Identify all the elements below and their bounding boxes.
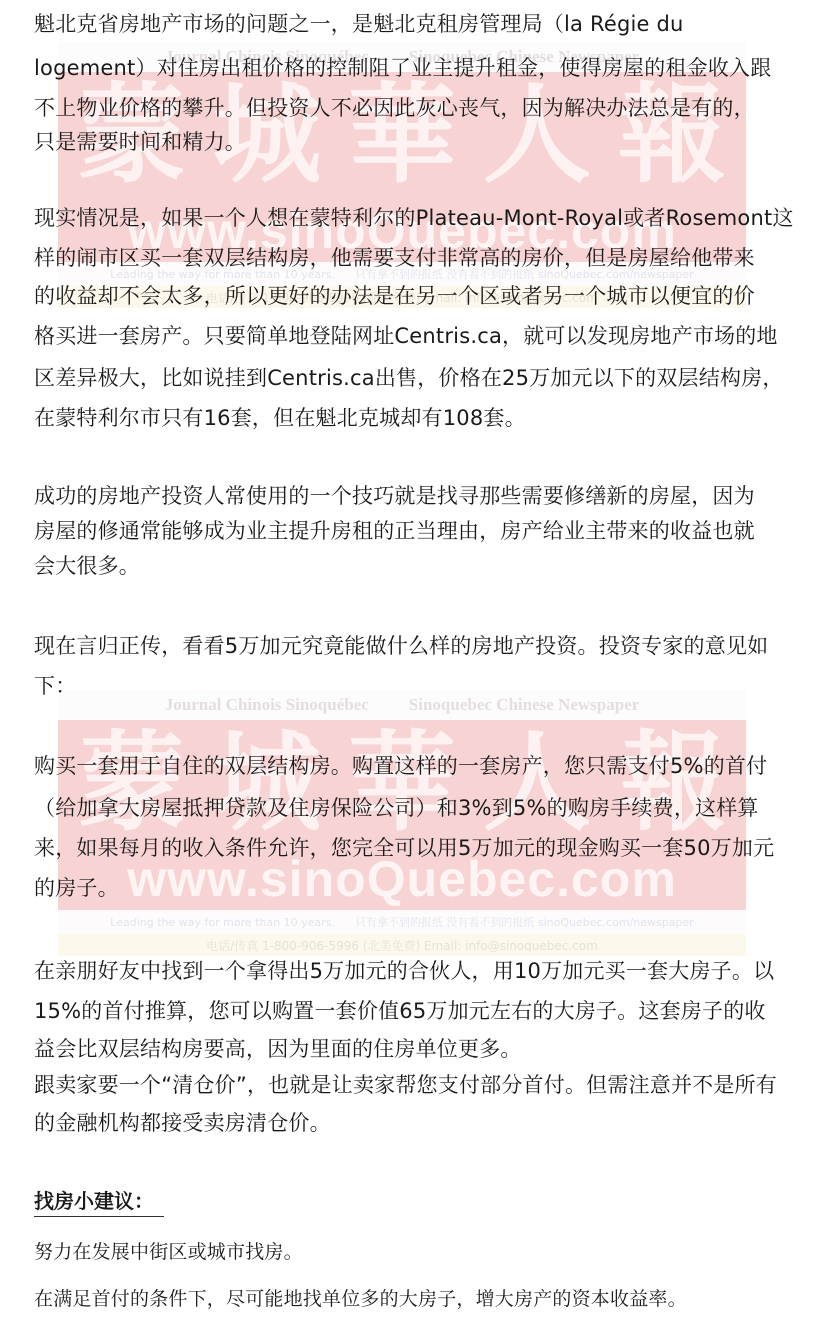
text-line: logement）对住房出租价格的控制阻了业主提升租金，使得房屋的租金收入跟 <box>34 52 771 82</box>
text-line: 现在言归正传，看看5万加元究竟能做什么样的房地产投资。投资专家的意见如 <box>34 630 768 660</box>
text-line: （给加拿大房屋抵押贷款及住房保险公司）和3%到5%的购房手续费，这样算 <box>34 792 759 822</box>
watermark-slogan: Leading the way for more than 10 years. … <box>58 910 746 934</box>
text-line: 益会比双层结构房要高，因为里面的住房单位更多。 <box>34 1033 522 1063</box>
text-line: 购买一套用于自住的双层结构房。购置这样的一套房产，您只需支付5%的首付 <box>34 750 767 780</box>
newspaper-watermark-bottom: Journal Chinois Sinoquébec Sinoquebec Ch… <box>58 690 746 956</box>
text-line: 成功的房地产投资人常使用的一个技巧就是找寻那些需要修缮新的房屋，因为 <box>34 480 755 510</box>
text-line: 下： <box>34 670 76 700</box>
text-line: 房屋的修通常能够成为业主提升房租的正当理由，房产给业主带来的收益也就 <box>34 515 755 545</box>
watermark-big-title: 蒙 城 華 人 報 <box>78 720 726 845</box>
text-line: 的收益却不会太多，所以更好的办法是在另一个区或者另一个城市以便宜的价 <box>34 280 755 310</box>
text-line: 15%的首付推算，您可以购置一套价值65万加元左右的大房子。这套房子的收 <box>34 995 766 1025</box>
text-line: 的房子。 <box>34 872 119 902</box>
text-line: 现实情况是，如果一个人想在蒙特利尔的Plateau-Mont-Royal或者Ro… <box>34 202 794 232</box>
text-line: 在蒙特利尔市只有16套，但在魁北克城却有108套。 <box>34 402 526 432</box>
watermark-journal-fr: Journal Chinois Sinoquébec <box>165 695 369 715</box>
text-line: 格买进一套房产。只要简单地登陆网址Centris.ca，就可以发现房地产市场的地 <box>34 320 778 350</box>
watermark-contact: 电话/传真 1-800-906-5996 (北美免费) Email: info@… <box>58 934 746 956</box>
text-line: 在亲朋好友中找到一个拿得出5万加元的合伙人，用10万加元买一套大房子。以 <box>34 955 774 985</box>
tip-item: 在满足首付的条件下，尽可能地找单位多的大房子，增大房产的资本收益率。 <box>34 1284 687 1311</box>
watermark-slogan-en: Leading the way for more than 10 years. <box>110 916 335 929</box>
text-line: 跟卖家要一个“清仓价”，也就是让卖家帮您支付部分首付。但需注意并不是所有 <box>34 1069 777 1099</box>
watermark-masthead: Journal Chinois Sinoquébec Sinoquebec Ch… <box>58 690 746 720</box>
tip-item: 努力在发展中街区或城市找房。 <box>34 1237 303 1264</box>
watermark-journal-en: Sinoquebec Chinese Newspaper <box>409 695 639 715</box>
text-line: 样的闹市区买一套双层结构房，他需要支付非常高的房价，但是房屋给他带来 <box>34 242 755 272</box>
watermark-slogan-cn: 只有拿不到的报纸 没有看不到的报纸 sinoQuebec.com/newspap… <box>355 914 694 930</box>
text-line: 魁北克省房地产市场的问题之一，是魁北克租房管理局（la Régie du <box>34 8 684 38</box>
text-line: 只是需要时间和精力。 <box>34 126 246 156</box>
tips-heading: 找房小建议： <box>34 1185 164 1217</box>
text-line: 不上物业价格的攀升。但投资人不必因此灰心丧气，因为解决办法总是有的， <box>34 92 755 122</box>
text-line: 区差异极大，比如说挂到Centris.ca出售，价格在25万加元以下的双层结构房… <box>34 362 784 392</box>
text-line: 的金融机构都接受卖房清仓价。 <box>34 1107 331 1137</box>
text-line: 来，如果每月的收入条件允许，您完全可以用5万加元的现金购买一套50万加元 <box>34 832 774 862</box>
text-line: 会大很多。 <box>34 550 140 580</box>
